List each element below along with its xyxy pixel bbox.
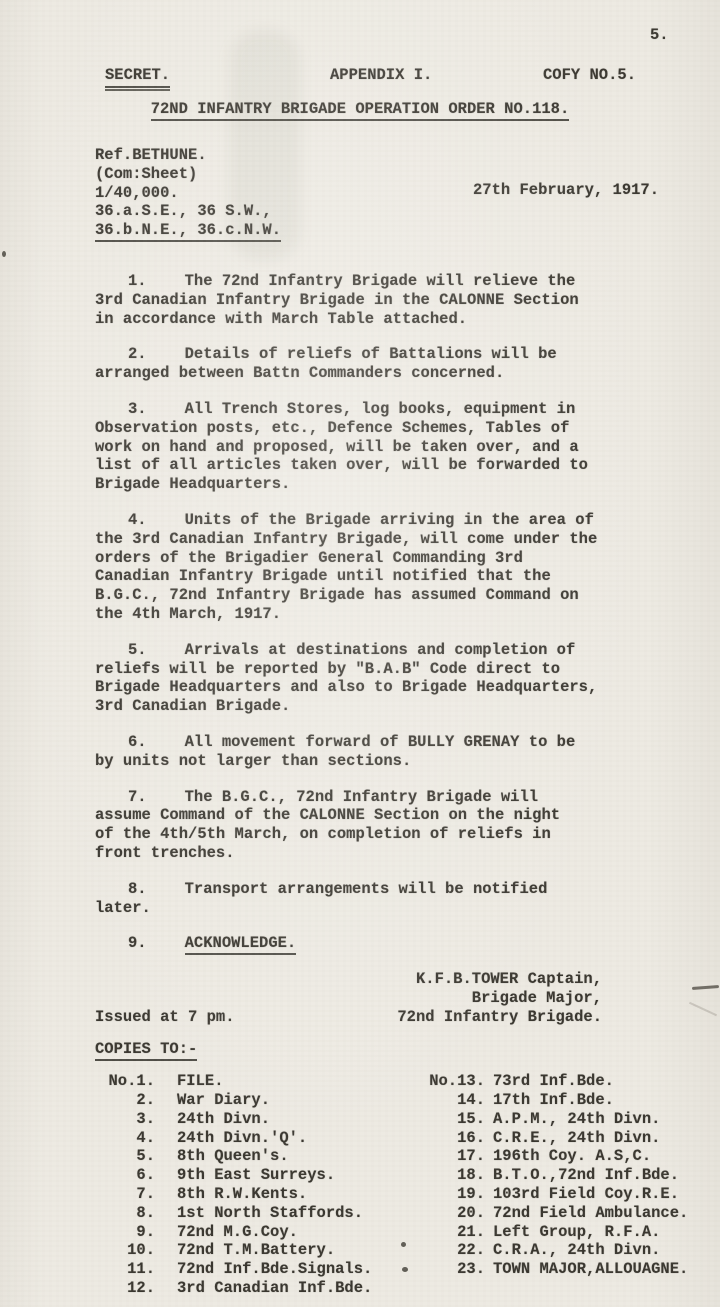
pen-scratch-mark (689, 1002, 717, 1016)
copy-number: 16. (412, 1129, 485, 1148)
paragraph-number: 9. (128, 934, 147, 953)
paragraph-text: ACKNOWLEDGE. (185, 934, 297, 955)
copy-number: No.1. (95, 1072, 155, 1091)
copy-recipient: TOWN MAJOR,ALLOUAGNE. (493, 1260, 688, 1279)
distribution-row: 19.103rd Field Coy.R.E. (412, 1185, 688, 1204)
distribution-row: 5.8th Queen's. (95, 1147, 412, 1166)
copy-recipient: C.R.A., 24th Divn. (493, 1241, 688, 1260)
copy-recipient: 8th Queen's. (177, 1147, 412, 1166)
order-paragraph: 7.The B.G.C., 72nd Infantry Brigade will… (95, 788, 660, 863)
copy-number: 3. (95, 1110, 155, 1129)
distribution-row: 22.C.R.A., 24th Divn. (412, 1241, 688, 1260)
ink-speck (402, 1267, 408, 1272)
paragraph-number: 2. (128, 345, 147, 364)
order-paragraph: 5.Arrivals at destinations and completio… (95, 641, 660, 716)
copy-recipient: 196th Coy. A.S,C. (493, 1147, 688, 1166)
copy-number: 10. (95, 1241, 155, 1260)
document-title: 72ND INFANTRY BRIGADE OPERATION ORDER NO… (151, 100, 570, 121)
order-paragraph: 4.Units of the Brigade arriving in the a… (95, 511, 660, 624)
copy-number: 18. (412, 1166, 485, 1185)
paragraph-text: All Trench Stores, log books, equipment … (95, 400, 588, 493)
issued-time: Issued at 7 pm. (95, 1008, 235, 1027)
paragraph-number: 4. (128, 511, 147, 530)
distribution-row: 14.17th Inf.Bde. (412, 1091, 688, 1110)
copy-recipient: 3rd Canadian Inf.Bde. (177, 1279, 412, 1298)
copy-number: 15. (412, 1110, 485, 1129)
distribution-row: No.13.73rd Inf.Bde. (412, 1072, 688, 1091)
paragraphs: 1.The 72nd Infantry Brigade will relieve… (95, 272, 660, 953)
copy-number: 20. (412, 1204, 485, 1223)
copy-number: 4. (95, 1129, 155, 1148)
copy-number: 22. (412, 1241, 485, 1260)
copy-number: 17. (412, 1147, 485, 1166)
map-reference-line: Ref.BETHUNE. (95, 146, 281, 165)
paragraph-text: Details of reliefs of Battalions will be… (95, 345, 557, 382)
distribution-row: 16.C.R.E., 24th Divn. (412, 1129, 688, 1148)
map-reference-block: Ref.BETHUNE. (Com:Sheet) 1/40,000. 36.a.… (95, 146, 281, 240)
paragraph-text: All movement forward of BULLY GRENAY to … (95, 733, 575, 770)
paragraph-text: Transport arrangements will be notifiedl… (95, 880, 547, 917)
copy-recipient: 73rd Inf.Bde. (493, 1072, 688, 1091)
map-reference-line: 36.a.S.E., 36 S.W., (95, 202, 281, 221)
distribution-row: 12.3rd Canadian Inf.Bde. (95, 1279, 412, 1298)
copy-number: 23. (412, 1260, 485, 1279)
ink-speck (2, 251, 6, 257)
copies-heading: COPIES TO:- (95, 1040, 197, 1061)
order-paragraph: 9.ACKNOWLEDGE. (95, 934, 660, 953)
distribution-column-right: No.13.73rd Inf.Bde.14.17th Inf.Bde.15.A.… (412, 1072, 688, 1298)
order-paragraph: 6.All movement forward of BULLY GRENAY t… (95, 733, 660, 771)
signature-name: K.F.B.TOWER Captain, (95, 970, 602, 989)
distribution-row: No.1.FILE. (95, 1072, 412, 1091)
distribution-list: No.1.FILE.2.War Diary.3.24th Divn.4.24th… (95, 1072, 660, 1298)
copy-number-label: COFY NO.5. (543, 66, 636, 85)
distribution-row: 6.9th East Surreys. (95, 1166, 412, 1185)
copy-number: 8. (95, 1204, 155, 1223)
map-reference-line-underlined: 36.b.N.E., 36.c.N.W. (95, 221, 281, 240)
distribution-row: 17.196th Coy. A.S,C. (412, 1147, 688, 1166)
order-paragraph: 3.All Trench Stores, log books, equipmen… (95, 400, 660, 494)
distribution-row: 10.72nd T.M.Battery. (95, 1241, 412, 1260)
copy-number: 11. (95, 1260, 155, 1279)
copy-number: 2. (95, 1091, 155, 1110)
paragraph-text: Arrivals at destinations and completion … (95, 641, 597, 715)
order-body: 1.The 72nd Infantry Brigade will relieve… (95, 272, 660, 1298)
distribution-row: 4.24th Divn.'Q'. (95, 1129, 412, 1148)
distribution-row: 20.72nd Field Ambulance. (412, 1204, 688, 1223)
ink-speck (401, 1242, 406, 1247)
page-number: 5. (650, 26, 669, 45)
copy-recipient: 8th R.W.Kents. (177, 1185, 412, 1204)
copy-recipient: 1st North Staffords. (177, 1204, 412, 1223)
copies-heading-row: COPIES TO:- (95, 1040, 660, 1059)
classification-label: SECRET. (105, 66, 170, 88)
copy-recipient: A.P.M., 24th Divn. (493, 1110, 688, 1129)
appendix-label: APPENDIX I. (330, 66, 432, 85)
copy-number: No.13. (412, 1072, 485, 1091)
copy-recipient: 24th Divn. (177, 1110, 412, 1129)
copy-number: 7. (95, 1185, 155, 1204)
paragraph-text: The 72nd Infantry Brigade will relieve t… (95, 272, 579, 328)
copy-recipient: FILE. (177, 1072, 412, 1091)
order-paragraph: 8.Transport arrangements will be notifie… (95, 880, 660, 918)
order-paragraph: 2.Details of reliefs of Battalions will … (95, 345, 660, 383)
copy-number: 9. (95, 1223, 155, 1242)
map-reference-line: 1/40,000. (95, 184, 281, 203)
distribution-row: 23.TOWN MAJOR,ALLOUAGNE. (412, 1260, 688, 1279)
distribution-row: 2.War Diary. (95, 1091, 412, 1110)
paragraph-number: 1. (128, 272, 147, 291)
distribution-row: 18.B.T.O.,72nd Inf.Bde. (412, 1166, 688, 1185)
document-page: 5. SECRET. APPENDIX I. COFY NO.5. 72ND I… (0, 0, 720, 1307)
distribution-row: 3.24th Divn. (95, 1110, 412, 1129)
distribution-row: 9.72nd M.G.Coy. (95, 1223, 412, 1242)
copy-number: 21. (412, 1223, 485, 1242)
signature-block: K.F.B.TOWER Captain, Brigade Major, 72nd… (95, 970, 660, 1026)
paragraph-number: 5. (128, 641, 147, 660)
copy-recipient: 72nd Field Ambulance. (493, 1204, 688, 1223)
copy-recipient: 103rd Field Coy.R.E. (493, 1185, 688, 1204)
distribution-row: 21.Left Group, R.F.A. (412, 1223, 688, 1242)
order-paragraph: 1.The 72nd Infantry Brigade will relieve… (95, 272, 660, 328)
copy-number: 14. (412, 1091, 485, 1110)
copy-recipient: 72nd Inf.Bde.Signals. (177, 1260, 412, 1279)
copy-recipient: 72nd M.G.Coy. (177, 1223, 412, 1242)
copy-recipient: 9th East Surreys. (177, 1166, 412, 1185)
copy-recipient: War Diary. (177, 1091, 412, 1110)
header-row: SECRET. APPENDIX I. COFY NO.5. (0, 66, 720, 86)
copy-recipient: 72nd T.M.Battery. (177, 1241, 412, 1260)
copy-number: 5. (95, 1147, 155, 1166)
distribution-row: 8.1st North Staffords. (95, 1204, 412, 1223)
document-date: 27th February, 1917. (473, 181, 659, 200)
copy-recipient: 24th Divn.'Q'. (177, 1129, 412, 1148)
copy-number: 19. (412, 1185, 485, 1204)
distribution-row: 11.72nd Inf.Bde.Signals. (95, 1260, 412, 1279)
paragraph-text: The B.G.C., 72nd Infantry Brigade willas… (95, 788, 560, 862)
copy-recipient: Left Group, R.F.A. (493, 1223, 688, 1242)
distribution-row: 15.A.P.M., 24th Divn. (412, 1110, 688, 1129)
paragraph-number: 6. (128, 733, 147, 752)
paragraph-number: 8. (128, 880, 147, 899)
paragraph-number: 3. (128, 400, 147, 419)
copy-recipient: B.T.O.,72nd Inf.Bde. (493, 1166, 688, 1185)
distribution-column-left: No.1.FILE.2.War Diary.3.24th Divn.4.24th… (95, 1072, 412, 1298)
paragraph-text: Units of the Brigade arriving in the are… (95, 511, 597, 623)
copy-recipient: 17th Inf.Bde. (493, 1091, 688, 1110)
document-title-row: 72ND INFANTRY BRIGADE OPERATION ORDER NO… (0, 100, 720, 119)
copy-recipient: C.R.E., 24th Divn. (493, 1129, 688, 1148)
copy-number: 6. (95, 1166, 155, 1185)
map-reference-line: (Com:Sheet) (95, 165, 281, 184)
pen-mark (692, 985, 719, 990)
signature-rank: Brigade Major, (95, 989, 602, 1008)
paragraph-number: 7. (128, 788, 147, 807)
copy-number: 12. (95, 1279, 155, 1298)
distribution-row: 7.8th R.W.Kents. (95, 1185, 412, 1204)
